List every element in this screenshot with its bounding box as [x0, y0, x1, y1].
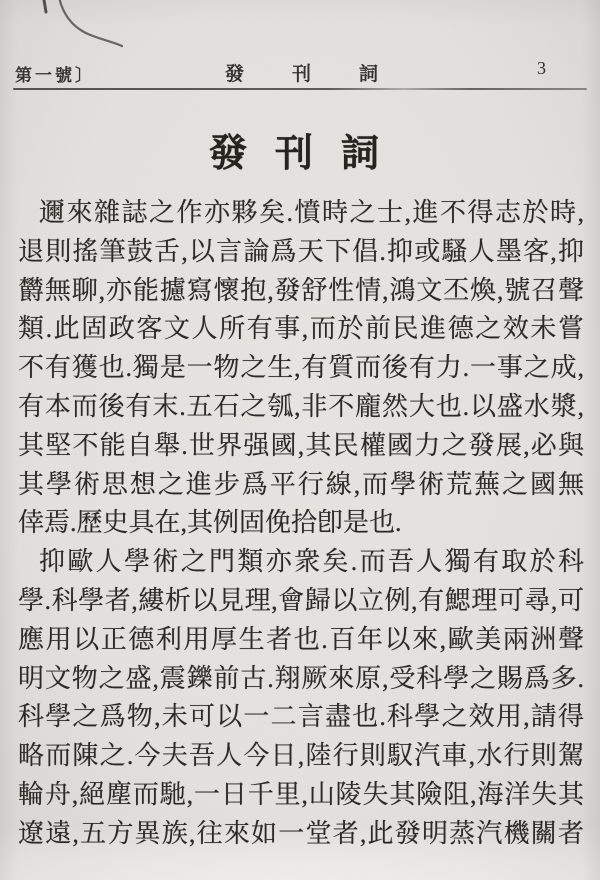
text-line: 抑歐人學術之門類亦衆矣.而吾人獨有取於科	[18, 543, 584, 582]
text-line: 略而陳之.今夫吾人今日,陸行則馭汽車,水行則駕	[18, 737, 584, 776]
text-line: 邇來雜誌之作亦夥矣.憤時之士,進不得志於時,	[18, 194, 584, 233]
text-line: 明文物之盛,震鑠前古.翔厥來原,受科學之賜爲多.	[18, 660, 584, 699]
text-line: 學.科學者,縷析以見理,會歸以立例,有鰓理可尋,可	[18, 582, 584, 621]
text-line: 輪舟,絕塵而馳,一日千里,山陵失其險阻,海洋失其	[18, 776, 584, 815]
article-body: 邇來雜誌之作亦夥矣.憤時之士,進不得志於時, 退則搖筆鼓舌,以言論爲天下倡.抑或…	[18, 194, 584, 854]
text-line: 欝無聊,亦能攄寫懷抱,發舒性情,鴻文丕煥,號召聲	[18, 272, 584, 311]
text-line: 應用以正德利用厚生者也.百年以來,歐美兩洲聲	[18, 621, 584, 660]
text-line: 其學術思想之進步爲平行線,而學術荒蕪之國無	[18, 466, 584, 505]
header-divider-rule	[13, 88, 587, 90]
text-line: 類.此固政客文人所有事,而於前民進德之效未嘗	[18, 310, 584, 349]
text-line: 退則搖筆鼓舌,以言論爲天下倡.抑或騷人墨客,抑	[18, 233, 584, 272]
article-title: 發刊詞	[209, 122, 407, 177]
running-title: 發刊詞	[225, 59, 426, 86]
text-line: 有本而後有末.五石之瓠,非不龐然大也.以盛水漿,	[18, 388, 584, 427]
page-number: 3	[537, 58, 546, 79]
page-header: 第一號〕 發刊詞 3	[15, 58, 586, 84]
text-line: 不有獲也.獨是一物之生,有質而後有力.一事之成,	[18, 349, 584, 388]
issue-number-label: 第一號〕	[15, 61, 95, 86]
text-line: 其堅不能自舉.世界强國,其民權國力之發展,必與	[18, 427, 584, 466]
text-line: 遼遠,五方異族,往來如一堂者,此發明蒸汽機關者	[18, 815, 584, 854]
text-line: 倖焉.歷史具在,其例固俛拾卽是也.	[18, 504, 584, 543]
text-line: 科學之爲物,未可以一二言盡也.科學之效用,請得	[18, 698, 584, 737]
scanned-document-page: 第一號〕 發刊詞 3 發刊詞 邇來雜誌之作亦夥矣.憤時之士,進不得志於時, 退則…	[0, 0, 600, 880]
scan-artifact-pen-mark	[30, 0, 150, 66]
